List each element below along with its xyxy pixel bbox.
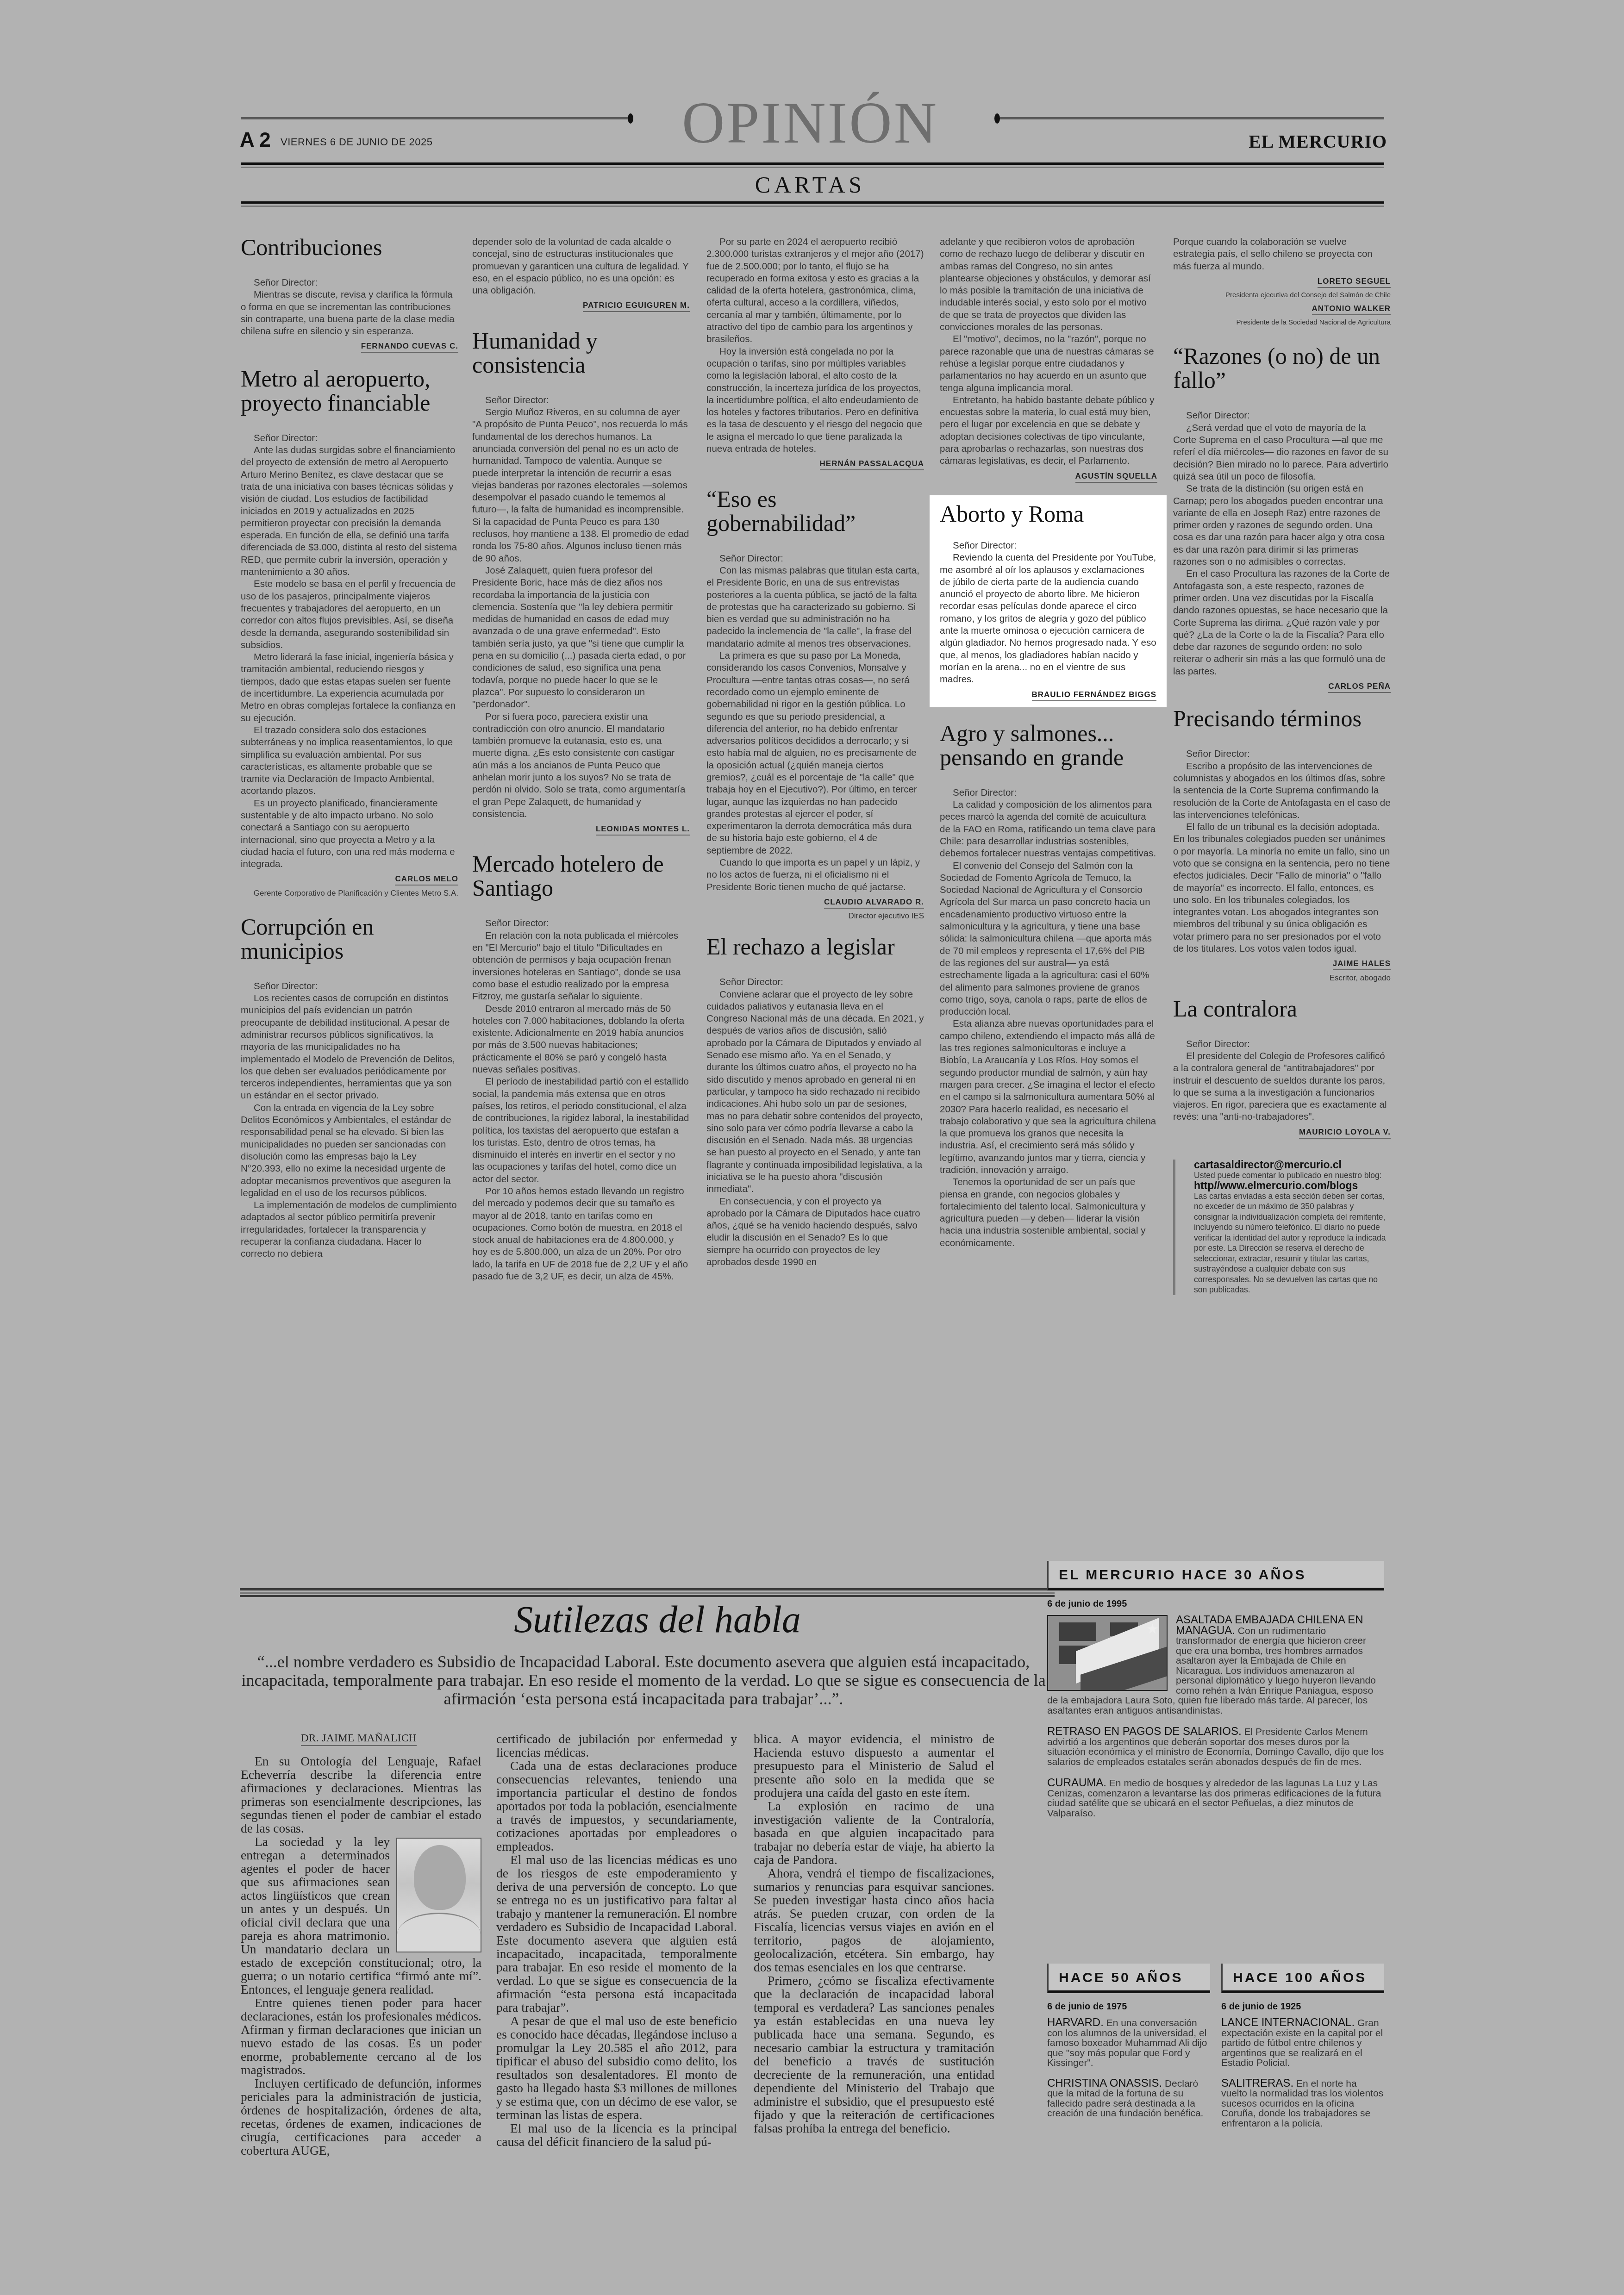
column-text-2: certificado de jubilación por enfermedad… <box>496 1732 737 2148</box>
band-rule-bottom <box>240 1595 1055 1597</box>
masthead-ornament-right <box>994 113 1000 124</box>
masthead-rule-right <box>1000 117 1384 119</box>
signature: CARLOS MELO <box>241 873 458 885</box>
letter-title: Humanidad y consistencia <box>472 329 690 377</box>
letter-paragraph: Es un proyecto planificado, financierame… <box>241 798 458 871</box>
column-paragraph: Incluyen certificado de defunción, infor… <box>241 2077 481 2157</box>
letter-paragraph: Reviendo la cuenta del Presidente por Yo… <box>940 552 1156 686</box>
letter-title: Mercado hotelero de Santiago <box>472 852 690 900</box>
letter-paragraph: El presidente del Colegio de Profesores … <box>1173 1050 1391 1123</box>
letter-paragraph-continued: El "motivo", decimos, no la "razón", por… <box>940 333 1157 394</box>
column-1: Contribuciones Señor Director: Mientras … <box>241 227 458 1260</box>
letter-paragraph: La implementación de modelos de cumplimi… <box>241 1199 458 1260</box>
letter-precisando: Precisando términos Señor Director: Escr… <box>1173 706 1391 982</box>
letter-title: Contribuciones <box>241 235 458 259</box>
history-date: 6 de junio de 1975 <box>1047 2002 1210 2012</box>
salutation: Señor Director: <box>1173 410 1391 422</box>
masthead-double-rule <box>241 162 1384 165</box>
letter-paragraph: Por si fuera poco, pareciera existir una… <box>472 711 690 821</box>
letter-paragraph: ¿Será verdad que el voto de mayoría de l… <box>1173 422 1391 483</box>
signature: CARLOS PEÑA <box>1173 680 1391 692</box>
salutation: Señor Director: <box>472 394 690 406</box>
history-item-head: SALITRERAS. <box>1221 2077 1293 2089</box>
letter-title: Precisando términos <box>1173 706 1391 730</box>
salutation: Señor Director: <box>241 980 458 992</box>
salutation: Señor Director: <box>706 553 924 565</box>
column-3: Por su parte en 2024 el aeropuerto recib… <box>706 236 924 1268</box>
band-rule-mid <box>240 1592 1055 1594</box>
signature: AGUSTÍN SQUELLA <box>940 470 1157 482</box>
column-4: adelante y que recibieron votos de aprob… <box>940 236 1157 1249</box>
letter-paragraph-continued: Entretanto, ha habido bastante debate pú… <box>940 394 1157 468</box>
column-text-1: En su Ontología del Lenguaje, Rafael Ech… <box>241 1754 481 2157</box>
signature-role: Escritor, abogado <box>1173 973 1391 983</box>
history-100-years: HACE 100 AÑOS 6 de junio de 1925 LANCE I… <box>1221 1964 1384 2128</box>
letter-paragraph: Tenemos la oportunidad de ser un país qu… <box>940 1176 1157 1249</box>
column-title: Sutilezas del habla <box>380 1598 935 1641</box>
letter-paragraph: El período de inestabilidad partió con e… <box>472 1076 690 1185</box>
letter-paragraph: Este modelo se basa en el perfil y frecu… <box>241 578 458 651</box>
signature: HERNÁN PASSALACQUA <box>706 458 924 470</box>
signature: LEONIDAS MONTES L. <box>472 823 690 835</box>
letters-info-box: cartasaldirector@mercurio.cl Usted puede… <box>1173 1160 1391 1295</box>
author-portrait <box>396 1838 481 1952</box>
letter-paragraph: Con la entrada en vigencia de la Ley sob… <box>241 1102 458 1199</box>
column-author: DR. JAIME MAÑALICH <box>301 1732 417 1746</box>
column-paragraph: El mal uso de la licencia es la principa… <box>496 2121 737 2148</box>
letter-paragraph: El convenio del Consejo del Salmón con l… <box>940 860 1157 1018</box>
letter-corrupcion: Corrupción en municipios Señor Director:… <box>241 915 458 1260</box>
history-date: 6 de junio de 1995 <box>1047 1599 1384 1609</box>
letter-paragraph: José Zalaquett, quien fuera profesor del… <box>472 565 690 711</box>
letter-paragraph: Sergio Muñoz Riveros, en su columna de a… <box>472 406 690 565</box>
letter-title: Aborto y Roma <box>940 502 1156 526</box>
column-5: Porque cuando la colaboración se vuelve … <box>1173 236 1391 1295</box>
letter-agro: Agro y salmones... pensando en grande Se… <box>940 721 1157 1249</box>
signature: PATRICIO EGUIGUREN M. <box>472 299 690 312</box>
portrait-shoulders <box>397 1913 481 1952</box>
masthead-ornament-left <box>628 113 633 124</box>
signature: JAIME HALES <box>1173 958 1391 970</box>
letters-email-link[interactable]: cartasaldirector@mercurio.cl <box>1194 1160 1391 1170</box>
history-item-head: RETRASO EN PAGOS DE SALARIOS. <box>1047 1725 1242 1738</box>
letter-contralora: La contralora Señor Director: El preside… <box>1173 997 1391 1138</box>
column-paragraph: El mal uso de las licencias médicas es u… <box>496 1853 737 2014</box>
letter-title: Metro al aeropuerto, proyecto financiabl… <box>241 367 458 415</box>
history-date: 6 de junio de 1925 <box>1221 2002 1384 2012</box>
masthead-thin-rule <box>241 167 1384 168</box>
column-paragraph: Ahora, vendrá el tiempo de fiscalizacion… <box>754 1866 994 1974</box>
letter-paragraph: Esta alianza abre nuevas oportunidades p… <box>940 1018 1157 1176</box>
newspaper-brand: EL MERCURIO <box>1249 131 1387 152</box>
letter-paragraph: Desde 2010 entraron al mercado más de 50… <box>472 1003 690 1076</box>
letter-contribuciones: Contribuciones Señor Director: Mientras … <box>241 235 458 353</box>
history-50-years: HACE 50 AÑOS 6 de junio de 1975 HARVARD.… <box>1047 1964 1210 2119</box>
salutation: Señor Director: <box>241 277 458 289</box>
letter-paragraph: Ante las dudas surgidas sobre el financi… <box>241 444 458 578</box>
salutation: Señor Director: <box>472 917 690 929</box>
letter-paragraph-continued: adelante y que recibieron votos de aprob… <box>940 236 1157 333</box>
salutation: Señor Director: <box>940 787 1157 799</box>
signature: ANTONIO WALKER <box>1173 303 1391 315</box>
letter-title: El rechazo a legislar <box>706 935 924 959</box>
signature-role: Presidenta ejecutiva del Consejo del Sal… <box>1173 290 1391 300</box>
letter-paragraph-continued: Hoy la inversión está congelada no por l… <box>706 346 924 455</box>
column-paragraph: Primero, ¿cómo se fiscaliza efectivament… <box>754 1974 994 2135</box>
letter-rechazo: El rechazo a legislar Señor Director: Co… <box>706 935 924 1268</box>
history-item: HARVARD. En una conversación con los alu… <box>1047 2018 1210 2068</box>
letter-razones: “Razones (o no) de un fallo” Señor Direc… <box>1173 344 1391 692</box>
column-text-3: blica. A mayor evidencia, el ministro de… <box>754 1732 994 2135</box>
letter-paragraph-continued: Por su parte en 2024 el aeropuerto recib… <box>706 236 924 346</box>
column-paragraph: En su Ontología del Lenguaje, Rafael Ech… <box>241 1754 481 1835</box>
signature: LORETO SEGUEL <box>1173 275 1391 287</box>
letter-paragraph: Por 10 años hemos estado llevando un reg… <box>472 1185 690 1283</box>
letter-paragraph: El trazado considera solo dos estaciones… <box>241 724 458 798</box>
letter-paragraph: Cuando lo que importa es un papel y un l… <box>706 857 924 893</box>
column-paragraph: certificado de jubilación por enfermedad… <box>496 1732 737 1759</box>
letter-paragraph: Mientras se discute, revisa y clarifica … <box>241 289 458 337</box>
letter-paragraph: En relación con la nota publicada el mié… <box>472 930 690 1003</box>
salutation: Señor Director: <box>1173 1038 1391 1050</box>
letter-gobernabilidad: “Eso es gobernabilidad” Señor Director: … <box>706 487 924 921</box>
signature-role: Presidente de la Sociedad Nacional de Ag… <box>1173 318 1391 327</box>
letter-paragraph: Conviene aclarar que el proyecto de ley … <box>706 989 924 1196</box>
history-item: CHRISTINA ONASSIS. Declaró que la mitad … <box>1047 2078 1210 2119</box>
blog-url-link[interactable]: http//www.elmercurio.com/blogs <box>1194 1180 1391 1191</box>
letter-paragraph-continued: Porque cuando la colaboración se vuelve … <box>1173 236 1391 273</box>
letter-title: La contralora <box>1173 997 1391 1021</box>
signature: CLAUDIO ALVARADO R. <box>706 896 924 908</box>
letter-title: Agro y salmones... pensando en grande <box>940 721 1157 769</box>
history-item: CURAUMA. En medio de bosques y alrededor… <box>1047 1778 1384 1818</box>
letter-paragraph: La calidad y composición de los alimento… <box>940 799 1157 860</box>
column-paragraph: blica. A mayor evidencia, el ministro de… <box>754 1732 994 1799</box>
signature: MAURICIO LOYOLA V. <box>1173 1126 1391 1138</box>
page-number: A 2 <box>240 129 271 152</box>
letter-paragraph-continued: depender solo de la voluntad de cada alc… <box>472 236 690 297</box>
salutation: Señor Director: <box>940 540 1156 552</box>
cartas-thin-rule <box>241 206 1384 207</box>
history-heading: EL MERCURIO HACE 30 AÑOS <box>1047 1561 1384 1590</box>
cartas-rule <box>241 201 1384 204</box>
letter-paragraph: Con las mismas palabras que titulan esta… <box>706 565 924 650</box>
column-paragraph: Entre quienes tienen poder para hacer de… <box>241 1996 481 2077</box>
column-paragraph: A pesar de que el mal uso de este benefi… <box>496 2014 737 2121</box>
column-paragraph: Cada una de estas declaraciones produce … <box>496 1759 737 1853</box>
letter-hotelero: Mercado hotelero de Santiago Señor Direc… <box>472 852 690 1283</box>
column-pullquote: “...el nombre verdadero es Subsidio de I… <box>241 1653 1046 1708</box>
letter-paragraph: Metro liderará la fase inicial, ingenier… <box>241 651 458 724</box>
history-heading: HACE 50 AÑOS <box>1047 1964 1210 1993</box>
column-paragraph: La explosión en racimo de una investigac… <box>754 1799 994 1866</box>
history-item: LANCE INTERNACIONAL. Gran expectación ex… <box>1221 2018 1384 2068</box>
history-item-head: LANCE INTERNACIONAL. <box>1221 2016 1355 2029</box>
column-2: depender solo de la voluntad de cada alc… <box>472 236 690 1283</box>
history-heading: HACE 100 AÑOS <box>1221 1964 1384 1993</box>
letter-humanidad: Humanidad y consistencia Señor Director:… <box>472 329 690 836</box>
history-item: SALITRERAS. En el norte ha vuelto la nor… <box>1221 2078 1384 2129</box>
issue-date: VIERNES 6 DE JUNIO DE 2025 <box>281 136 432 148</box>
salutation: Señor Director: <box>706 976 924 988</box>
history-item: ★ ASALTADA EMBAJADA CHILENA EN MANAGUA. … <box>1047 1615 1384 1715</box>
signature: FERNANDO CUEVAS C. <box>241 340 458 352</box>
signature: BRAULIO FERNÁNDEZ BIGGS <box>940 689 1156 701</box>
subsection-title: CARTAS <box>713 171 907 198</box>
masthead-rule-left <box>241 117 630 119</box>
embassy-flag-photo: ★ <box>1047 1615 1168 1691</box>
history-item-head: CHRISTINA ONASSIS. <box>1047 2077 1162 2089</box>
signature-role: Gerente Corporativo de Planificación y C… <box>241 888 458 898</box>
blog-intro: Usted puede comentar lo publicado en nue… <box>1194 1170 1391 1181</box>
portrait-head <box>414 1845 466 1910</box>
letter-aborto-highlighted: Aborto y Roma Señor Director: Reviendo l… <box>930 495 1167 707</box>
signature-role: Director ejecutivo IES <box>706 911 924 921</box>
letter-metro: Metro al aeropuerto, proyecto financiabl… <box>241 367 458 898</box>
letter-paragraph: En el caso Procultura las razones de la … <box>1173 568 1391 678</box>
letter-paragraph: Escribo a propósito de las intervencione… <box>1173 761 1391 821</box>
letter-paragraph: La primera es que su paso por La Moneda,… <box>706 650 924 857</box>
letter-paragraph: En consecuencia, y con el proyecto ya ap… <box>706 1196 924 1269</box>
history-item-head: CURAUMA. <box>1047 1777 1106 1789</box>
star-icon: ★ <box>1146 1624 1159 1634</box>
salutation: Señor Director: <box>1173 748 1391 760</box>
letter-title: “Eso es gobernabilidad” <box>706 487 924 535</box>
history-item-head: HARVARD. <box>1047 2016 1104 2029</box>
section-title: OPINIÓN <box>681 93 940 153</box>
history-30-years: EL MERCURIO HACE 30 AÑOS 6 de junio de 1… <box>1047 1561 1384 1818</box>
letter-paragraph: Se trata de la distinción (su origen est… <box>1173 483 1391 568</box>
letters-rules: Las cartas enviadas a esta sección deben… <box>1194 1191 1391 1295</box>
letter-title: “Razones (o no) de un fallo” <box>1173 344 1391 392</box>
history-item: RETRASO EN PAGOS DE SALARIOS. El Preside… <box>1047 1727 1384 1767</box>
letter-paragraph: Los recientes casos de corrupción en dis… <box>241 992 458 1102</box>
salutation: Señor Director: <box>241 432 458 444</box>
letter-paragraph: El fallo de un tribunal es la decisión a… <box>1173 821 1391 955</box>
letter-title: Corrupción en municipios <box>241 915 458 963</box>
